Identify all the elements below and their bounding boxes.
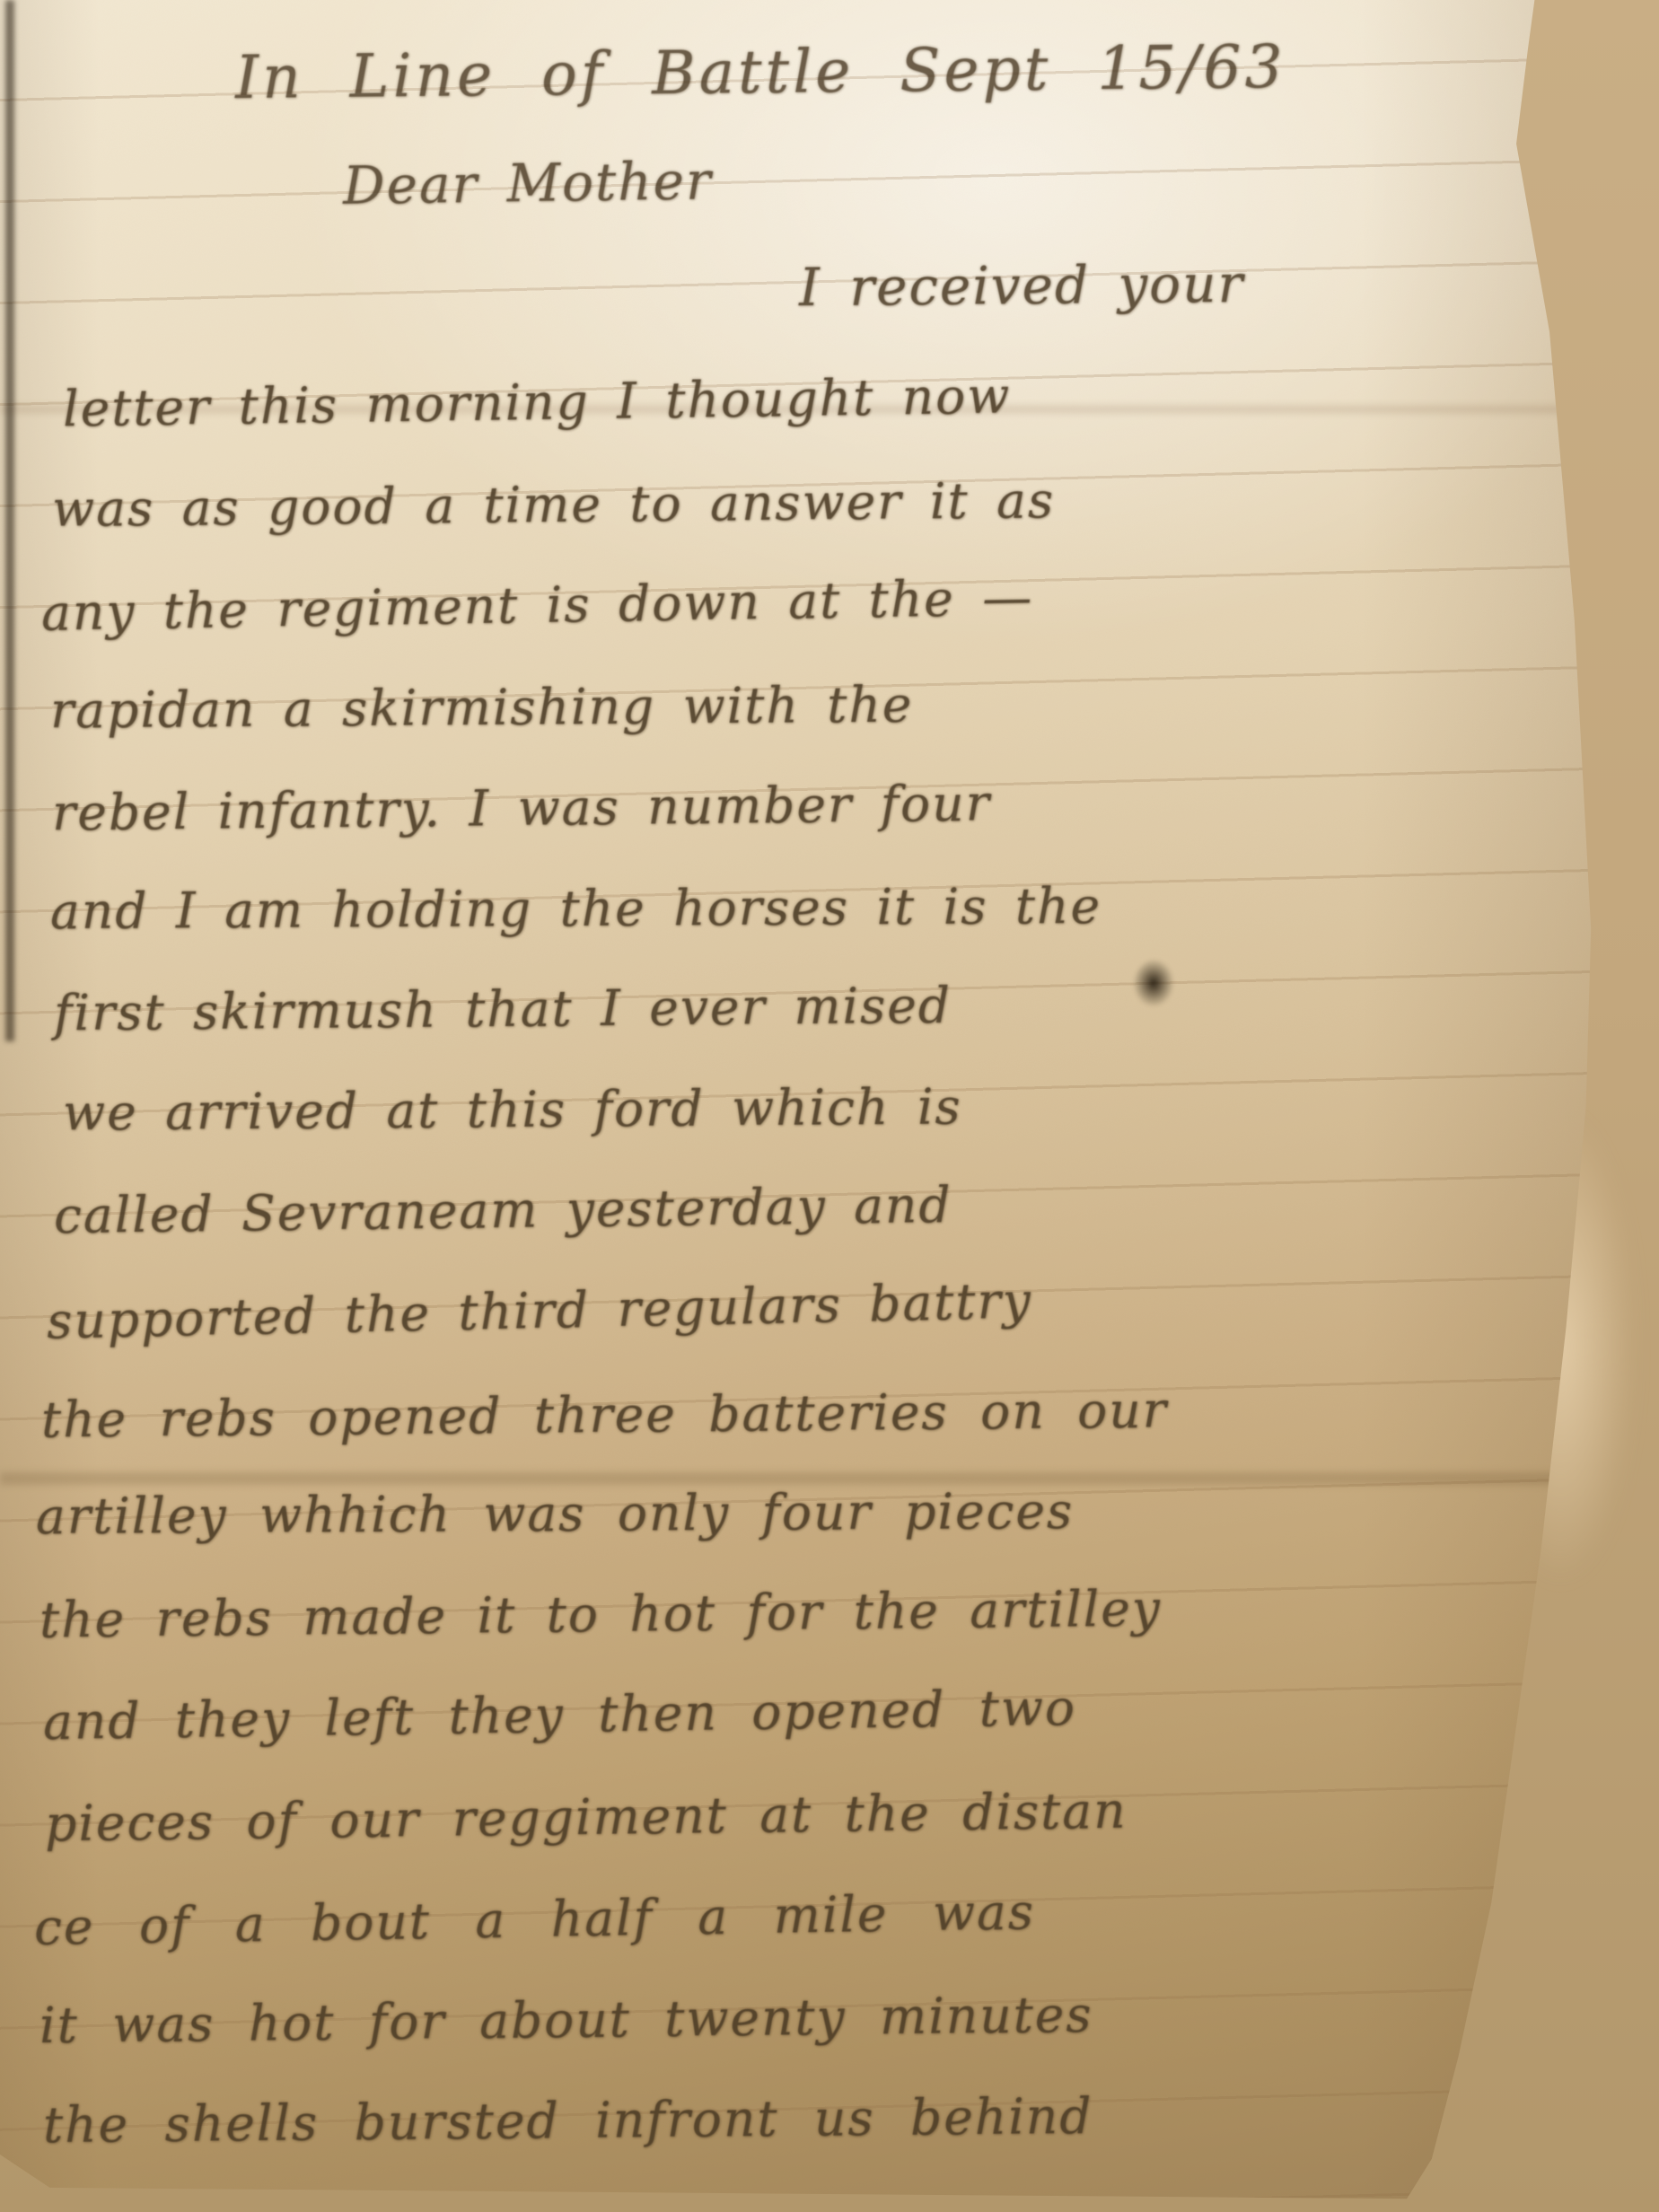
- letter-line: was as good a time to answer it as: [52, 471, 1056, 538]
- letter-line: it was hot for about twenty minutes: [39, 1986, 1093, 2054]
- letter-line: first skirmush that I ever mised: [54, 977, 952, 1042]
- letter-heading-dateline: In Line of Battle Sept 15/63: [235, 32, 1286, 112]
- photo-of-letter: In Line of Battle Sept 15/63 Dear Mother…: [0, 0, 1659, 2212]
- ink-blot: [1133, 959, 1174, 1007]
- letter-line: supported the third regulars battry: [46, 1272, 1032, 1350]
- letter-line: and they left they then opened two: [43, 1679, 1077, 1751]
- letter-paper: In Line of Battle Sept 15/63 Dear Mother…: [0, 0, 1659, 2212]
- letter-line: artilley whhich was only four pieces: [36, 1482, 1074, 1545]
- letter-line: rapidan a skirmishing with the: [50, 676, 914, 740]
- letter-line: any the regiment is down at the —: [41, 568, 1034, 641]
- photo-left-edge-shadow: [5, 0, 14, 1041]
- letter-line: we arrived at this ford which is: [63, 1078, 962, 1142]
- letter-line: the rebs opened three batteries on our: [41, 1382, 1168, 1449]
- letter-line: the shells bursted infront us behind: [43, 2087, 1093, 2154]
- letter-line: rebel infantry. I was number four: [52, 775, 992, 842]
- letter-salutation: Dear Mother: [343, 150, 714, 216]
- letter-line: and I am holding the horses it is the: [50, 877, 1102, 940]
- letter-line: letter this morning I thought now: [63, 367, 1012, 438]
- letter-line: ce of a bout a half a mile was: [34, 1883, 1036, 1956]
- letter-line: the rebs made it to hot for the artilley: [39, 1579, 1162, 1648]
- letter-line: pieces of our reggiment at the distan: [45, 1782, 1128, 1853]
- letter-line: called Sevraneam yesterday and: [54, 1176, 952, 1244]
- letter-opening-phrase: I received your: [799, 253, 1245, 318]
